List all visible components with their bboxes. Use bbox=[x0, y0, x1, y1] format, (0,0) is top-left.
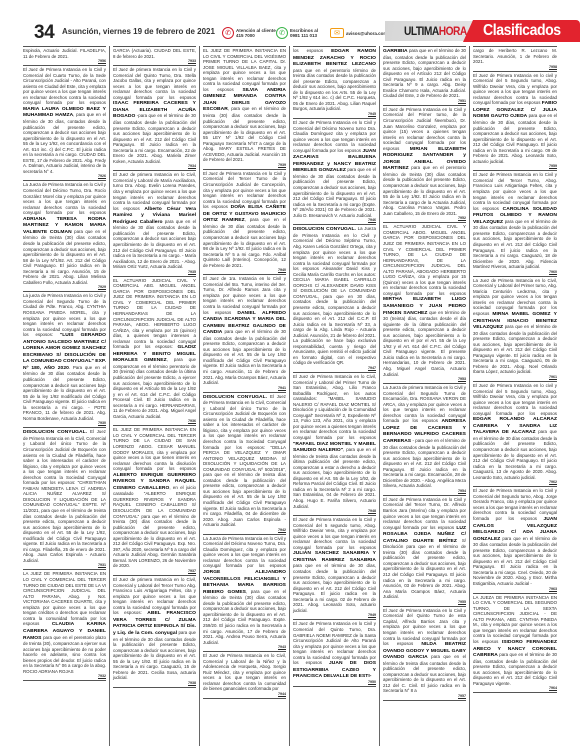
notice-ref-number: 7954 bbox=[383, 489, 466, 493]
contact-value: 0981 111 013 bbox=[290, 33, 317, 38]
notice-ref-number: 7947 bbox=[293, 366, 376, 370]
notice-body: para que en el término de 30 días contad… bbox=[473, 324, 557, 374]
notice-ref-number: 7958 bbox=[473, 65, 557, 69]
legal-notice: EL ACTUARIO JUDICIAL CIVIL Y COMERCIAL A… bbox=[113, 277, 196, 427]
contact-value: 415 7000 bbox=[236, 33, 255, 38]
notice-body: para que en el término de 30 días, conta… bbox=[473, 113, 557, 163]
notice-body: La Jueza de Primera Instancia en lo Civi… bbox=[203, 536, 286, 569]
legal-notice: El Juez de Primera Instancia en lo Civil… bbox=[293, 373, 376, 516]
notice-ref-number: 7961 bbox=[473, 375, 557, 379]
legal-notice: El Juez de 1ra. Instancia en lo Civil y … bbox=[203, 275, 286, 392]
notice-body: LA JUEZ DE PRIMERA INSTANCIA EN LO CIVIL… bbox=[23, 571, 106, 626]
notice-body: S/ Disolución para que en el término de … bbox=[383, 538, 466, 599]
notice-body: , en el juicio caratulado "ALBERTO ENRIQ… bbox=[113, 485, 196, 569]
notice-ref-number: 7937 bbox=[113, 569, 196, 573]
notice-body: EL ACTUARIO JUDICIAL CIVIL Y COMERCIAL A… bbox=[113, 278, 196, 350]
notice-ref-number: 7941 bbox=[203, 386, 286, 390]
notice-parties: DISOLUCION CONYUGAL. bbox=[203, 395, 267, 400]
notice-body: los esposos bbox=[293, 48, 331, 53]
notice-ref-number: 7949 bbox=[293, 613, 376, 617]
legal-notice: El Juez de Primera Instancia en lo Civil… bbox=[203, 652, 286, 699]
legal-notice: Espinola, Actuario Judicial. FILADELFIA,… bbox=[23, 46, 106, 66]
notice-ref-number: 7933 bbox=[113, 59, 196, 63]
notice-body: cargo de Heriberto R. Lezcano M. Secreta… bbox=[473, 48, 557, 64]
notice-ref-number: 7934 bbox=[113, 164, 196, 168]
notice-ref-number: 7952 bbox=[383, 216, 466, 220]
notice-ref-number: 7959 bbox=[473, 164, 557, 168]
notice-body: El Juez de Primera Instancia en lo civil… bbox=[473, 383, 557, 416]
notice-body: El Juez de 1ra. Instancia en lo Civil y … bbox=[203, 276, 286, 314]
notice-parties: DISOLUCION CONYUGAL. bbox=[293, 227, 356, 232]
legal-notice: El Juez de primera Instancia en lo Civil… bbox=[113, 66, 196, 171]
notice-body: , para que en el término de 30 días, con… bbox=[23, 112, 106, 173]
notice-body: para que en el término de 30 días contad… bbox=[473, 536, 557, 586]
legal-notice: GARRIBIA para que en el término de 30 dí… bbox=[383, 46, 466, 106]
legal-notice: El Juez de primera Instancia en lo Civil… bbox=[113, 576, 196, 688]
notice-body: . Para que en el término de 30 días cont… bbox=[23, 365, 106, 421]
legal-notice: La Jueza de Primera Instancia en lo Civi… bbox=[203, 535, 286, 652]
notice-body: para que en el término de 30 días, conta… bbox=[383, 48, 466, 98]
notice-parties: DISOLUCION CONYUGAL. bbox=[23, 430, 87, 435]
notice-ref-number: 7956 bbox=[23, 59, 106, 63]
notice-ref-number: 7955 bbox=[383, 600, 466, 604]
notice-body: para que en el término de 30 días contad… bbox=[473, 429, 557, 479]
legal-notice: La Juez de Primera Instancia en lo Civil… bbox=[473, 277, 557, 382]
legal-notice: EL ACTUARIO JUDICIAL CIVIL Y COMERCIAL A… bbox=[383, 223, 466, 384]
notice-ref-number: 7946 bbox=[293, 218, 376, 222]
notice-ref-number: 7944 bbox=[203, 692, 286, 696]
notice-body: La jueza de Primera Instancia en lo Civi… bbox=[23, 293, 106, 337]
notice-body: , para que en el término de treinta días… bbox=[293, 447, 376, 508]
notice-ref-number: 7963 bbox=[473, 587, 557, 591]
legal-notice: El Juez de Primera Instancia en lo Civil… bbox=[473, 487, 557, 593]
notice-body: El Juez de primera Instancia en lo Civil… bbox=[113, 172, 196, 210]
notice-body: , para que en el término de treinta (30)… bbox=[203, 589, 286, 645]
section-title: Clasificados bbox=[483, 22, 561, 40]
legal-notice: El Juez de Primera Instancia en lo Civil… bbox=[293, 119, 376, 225]
notice-body: para que en el término de 30 días contad… bbox=[203, 329, 286, 385]
notice-body: EL JUEZ DE PRIMERA INSTANCIA EN LO CIVIL… bbox=[203, 48, 286, 92]
notice-body: El Juez de primera Instancia en lo Civil… bbox=[113, 577, 196, 615]
notice-body: La Jueza de Primera Instancia en lo Civi… bbox=[293, 226, 376, 365]
notice-body: El Juez de Primera Instancia en lo Civil… bbox=[383, 608, 466, 646]
notice-body: , para que comparezcan en el término per… bbox=[113, 357, 196, 418]
notice-body: para que en el término de treinta (30) d… bbox=[23, 229, 106, 285]
notice-body: El Juez de Primera Instancia en lo Civil… bbox=[293, 374, 376, 440]
column-6: cargo de Heriberto R. Lezcano M. Secreta… bbox=[470, 46, 560, 746]
notice-body: EL ACTUARIO JUDICIAL CIVIL Y COMERCIAL A… bbox=[383, 224, 466, 296]
legal-notice: LA JUEZA DE PRIMERA INSTANCIA EN LO CIVI… bbox=[473, 594, 557, 694]
notice-parties: GARRIBIA bbox=[383, 49, 408, 54]
legal-notice: El Juez de Primera Instancia en lo Civil… bbox=[383, 106, 466, 223]
legal-notice: El Juez de Primera Instancia en lo Civil… bbox=[293, 516, 376, 620]
legal-notice: La Jueza de primera Instancia en lo Civi… bbox=[383, 384, 466, 496]
legal-notice: DISOLUCION CONYUGAL. El Juez de Primera … bbox=[23, 428, 106, 570]
notice-ref-number: 7929 bbox=[23, 285, 106, 289]
dateline: Asunción, viernes 19 de febrero de 2021 bbox=[62, 27, 215, 36]
legal-notice: El Juez de Primera Instancia en lo civil… bbox=[473, 72, 557, 172]
notice-ref-number: 7926 bbox=[23, 174, 106, 178]
legal-notice: cargo de Heriberto R. Lezcano M. Secreta… bbox=[473, 46, 557, 72]
legal-notice: La Jueza de Primera Instancia en lo Civi… bbox=[23, 181, 106, 292]
column-4: los esposos EDGAR RAMON MENDEZ ZARACHO Y… bbox=[290, 46, 380, 746]
legal-notice: EL JUEZ DE PRIMERA INSTANCIA EN LO CIVIL… bbox=[203, 46, 286, 170]
legal-notice: El Juez de Primera Instancia en lo Civil… bbox=[23, 66, 106, 181]
legal-notice: El Juez de Primera Instancia en lo Civil… bbox=[203, 170, 286, 275]
notice-ref-number: 7931 bbox=[23, 563, 106, 567]
notice-body: que en término de 30 (treinta) días, con… bbox=[383, 310, 466, 377]
notice-body: , para que en el término de treinta (30)… bbox=[203, 106, 286, 162]
notice-parties: JULIÁN SANCHEZ SANABRIA Y CRISTINA RAMIR… bbox=[293, 551, 376, 563]
legal-notice: GARCIA (Actuaria). CIUDAD DEL ESTE, 8 de… bbox=[113, 46, 196, 66]
notice-ref-number: 7936 bbox=[113, 419, 196, 423]
legal-notice: El Juez de Primera Instancia en lo Civil… bbox=[383, 496, 466, 607]
notice-body: El Juez de Primera Instancia en lo Civil… bbox=[383, 497, 466, 530]
notice-ref-number: 7932 bbox=[23, 674, 106, 678]
notice-body: , para que en el término de 30 días cont… bbox=[203, 217, 286, 267]
notice-ref-number: 7942 bbox=[203, 528, 286, 532]
legal-notice: El Juez de Primera Instancia en lo Civil… bbox=[293, 620, 376, 686]
notice-body: El Juez de Primera Instancia en lo Civil… bbox=[203, 394, 286, 528]
legal-notice: LA JUEZ DE PRIMERA INSTANCIA EN LO CIVIL… bbox=[23, 570, 106, 681]
classifieds-columns: Espinola, Actuario Judicial. FILADELFIA,… bbox=[20, 46, 560, 746]
legal-notice: La jueza de Primera Instancia en lo Civi… bbox=[23, 292, 106, 428]
notice-body: La Jueza de Primera Instancia en lo Civi… bbox=[23, 182, 106, 215]
notice-body: para que en el perentorio plazo de trein… bbox=[23, 635, 106, 674]
legal-notice: DISOLUCION CONYUGAL. El Juez de Primera … bbox=[203, 393, 286, 535]
page-header: 34 Asunción, viernes 19 de febrero de 20… bbox=[0, 0, 580, 42]
notice-ref-number: 7943 bbox=[203, 645, 286, 649]
notice-body: Espinola, Actuario Judicial. FILADELFIA,… bbox=[23, 48, 106, 59]
notice-ref-number: 7930 bbox=[23, 421, 106, 425]
page-number: 34 bbox=[34, 22, 54, 44]
notice-body: GARCIA (Actuaria). CIUDAD DEL ESTE, 8 de… bbox=[113, 48, 196, 59]
notice-ref-number: 7945 bbox=[293, 112, 376, 116]
notice-ref-number: 7935 bbox=[113, 270, 196, 274]
legal-notice: El Juez de Primera Instancia en lo Civil… bbox=[383, 607, 466, 701]
notice-body: EL JUEZ DE PRIMERA INSTANCIA EN LO CIVIL… bbox=[113, 427, 196, 471]
notice-body: -para que en el término de 30 días conta… bbox=[113, 113, 196, 163]
notice-body: - para que en el término de 30 días cont… bbox=[383, 438, 466, 488]
notice-body: La Juez de Primera Instancia en lo Civil… bbox=[473, 278, 557, 316]
notice-body: para que en el término de 30 días contad… bbox=[473, 219, 557, 269]
notice-ref-number: 7950 bbox=[293, 680, 376, 684]
mail-icon: ✉ bbox=[330, 28, 344, 38]
notice-body: para que en el perentorio término de tre… bbox=[293, 68, 376, 112]
notice-body: para que en el término de treinta días c… bbox=[383, 654, 466, 693]
notice-body: La Jueza de primera Instancia en lo Civi… bbox=[383, 385, 466, 423]
legal-notice: EL JUEZ DE PRIMERA INSTANCIA EN LO CIVIL… bbox=[113, 426, 196, 576]
phone-icon: ✆ bbox=[222, 27, 234, 39]
notice-ref-number: 7953 bbox=[383, 377, 466, 381]
customer-service-contact: ✆ Atención al cliente415 7000 bbox=[222, 26, 276, 40]
notice-ref-number: 7951 bbox=[383, 99, 466, 103]
notice-ref-number: 7957 bbox=[383, 694, 466, 698]
legal-notice: El Juez de Primera Instancia en lo Civil… bbox=[473, 171, 557, 276]
notice-ref-number: 7960 bbox=[473, 270, 557, 274]
notice-body: El Juez de Primera Instancia en lo Civil… bbox=[293, 621, 376, 665]
column-1: Espinola, Actuario Judicial. FILADELFIA,… bbox=[20, 46, 110, 746]
legal-notice: El Juez de primera Instancia en lo Civil… bbox=[113, 171, 196, 276]
notice-body: El Juez de Primera Instancia en lo Civil… bbox=[203, 171, 286, 209]
notice-body: El Juez de Primera Instancia en lo Civil… bbox=[203, 653, 286, 691]
legal-notice: DISOLUCION CONYUGAL. La Jueza de Primera… bbox=[293, 225, 376, 373]
notice-body: para que en el término de 30 días, conta… bbox=[293, 563, 376, 612]
notice-body: El Juez de Primera Instancia en lo Civil… bbox=[383, 107, 466, 151]
section-title-tab: Clasificados bbox=[463, 20, 580, 42]
notice-body: para que en el perentorio término de tre… bbox=[383, 165, 466, 215]
whatsapp-icon: ✆ bbox=[276, 27, 288, 39]
notice-body: El Juez de Primera Instancia en lo Civil… bbox=[23, 67, 106, 105]
notice-body: para que en el término de 30 días contad… bbox=[293, 167, 376, 217]
notice-body: El Juez de Primera Instancia en lo Civil… bbox=[293, 517, 376, 550]
notice-body: para que en el término de 30 días contad… bbox=[113, 630, 196, 680]
notice-body: LA JUEZA DE PRIMERA INSTANCIA EN LO CIVI… bbox=[473, 595, 557, 644]
notice-body: El Juez de Primera Instancia en lo Civil… bbox=[23, 429, 106, 563]
notice-ref-number: 7962 bbox=[473, 480, 557, 484]
whatsapp-contact: ✆ Escribinos al0981 111 013 bbox=[276, 26, 318, 40]
legal-notice: El Juez de Primera Instancia en lo civil… bbox=[473, 382, 557, 487]
notice-body: El Juez de Primera Instancia en lo Civil… bbox=[473, 172, 557, 210]
brand-logo: ULTIMAHORA bbox=[404, 24, 467, 38]
notice-ref-number: 7948 bbox=[293, 509, 376, 513]
column-5: GARRIBIA para que en el término de 30 dí… bbox=[380, 46, 470, 746]
legal-notice: los esposos EDGAR RAMON MENDEZ ZARACHO Y… bbox=[293, 46, 376, 119]
column-2: GARCIA (Actuaria). CIUDAD DEL ESTE, 8 de… bbox=[110, 46, 200, 746]
notice-ref-number: 7940 bbox=[203, 268, 286, 272]
notice-ref-number: 7939 bbox=[203, 163, 286, 167]
notice-body: El Juez de primera Instancia en lo Civil… bbox=[113, 67, 196, 100]
notice-ref-number: 7938 bbox=[113, 681, 196, 685]
notice-ref-number: 7964 bbox=[473, 686, 557, 690]
notice-body: para que en el término de 30 días contad… bbox=[113, 219, 196, 269]
column-3: EL JUEZ DE PRIMERA INSTANCIA EN LO CIVIL… bbox=[200, 46, 290, 746]
